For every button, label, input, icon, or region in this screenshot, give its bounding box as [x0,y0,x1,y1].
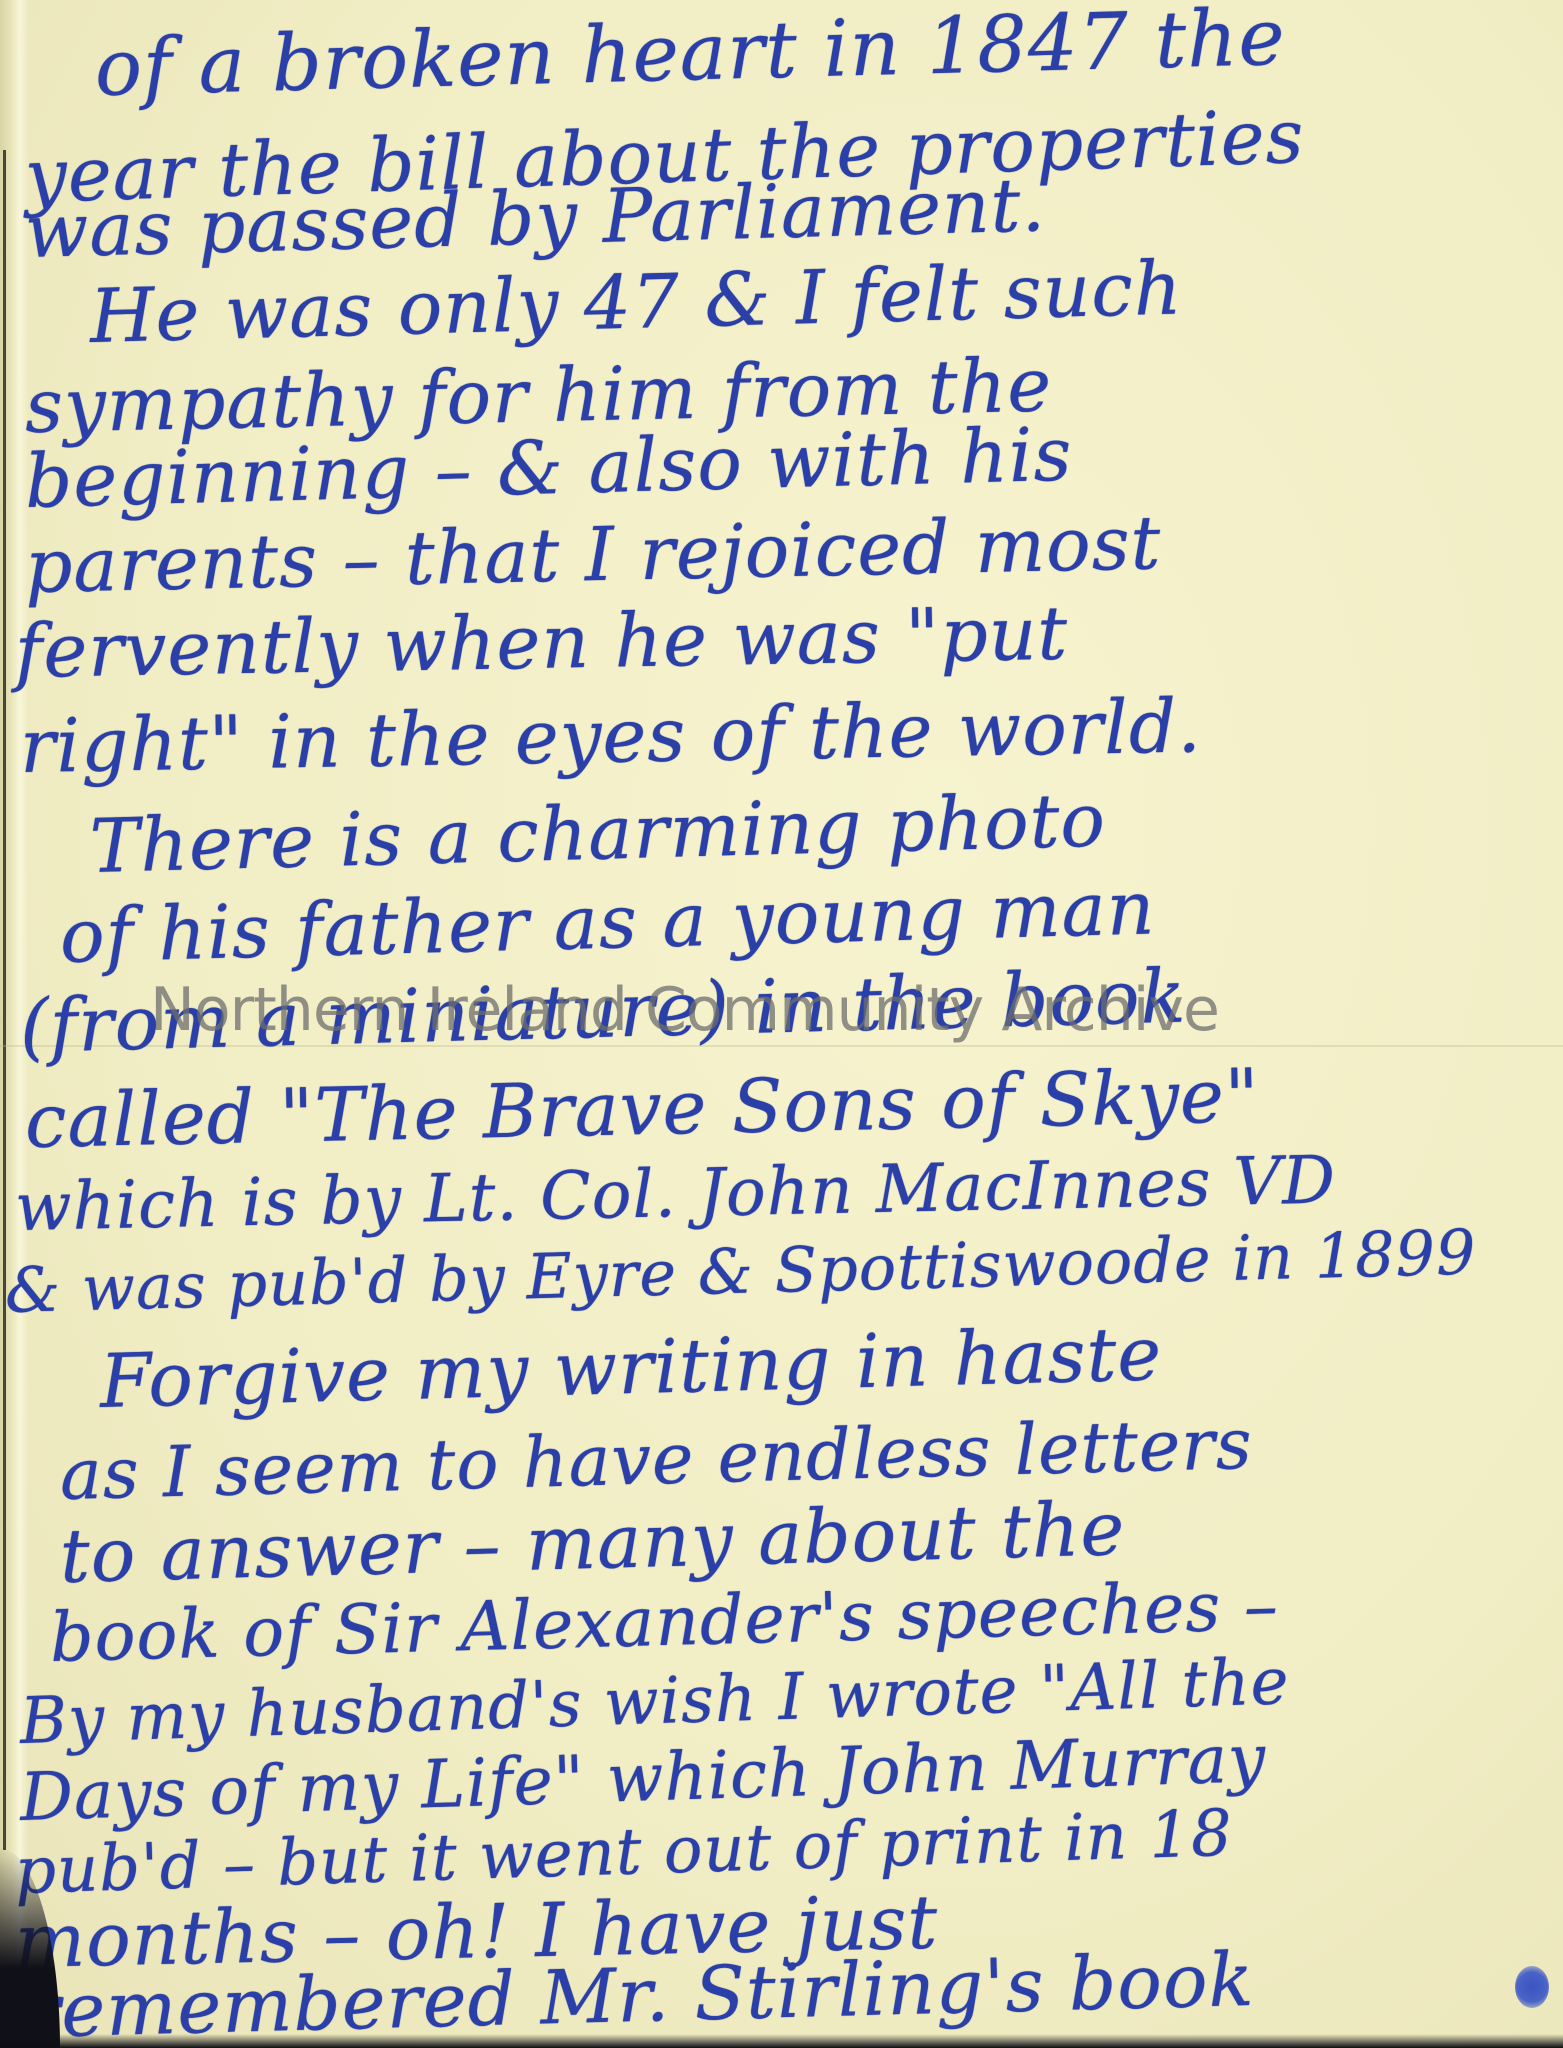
letter-page: of a broken heart in 1847 theyear the bi… [0,0,1563,2048]
bottom-shadow [0,2034,1563,2048]
handwritten-line: of a broken heart in 1847 the [94,0,1287,108]
ink-blot [1515,1966,1549,2008]
handwritten-line: There is a charming photo [89,783,1107,884]
handwritten-line: parents – that I rejoiced most [24,506,1162,604]
handwritten-line: fervently when he was "put [14,597,1068,689]
handwritten-line: called "The Brave Sons of Skye" [24,1059,1260,1159]
handwritten-line: Forgive my writing in haste [99,1317,1163,1419]
handwritten-text: of a broken heart in 1847 theyear the bi… [0,0,1563,2048]
handwritten-line: right" in the eyes of the world. [19,689,1202,784]
